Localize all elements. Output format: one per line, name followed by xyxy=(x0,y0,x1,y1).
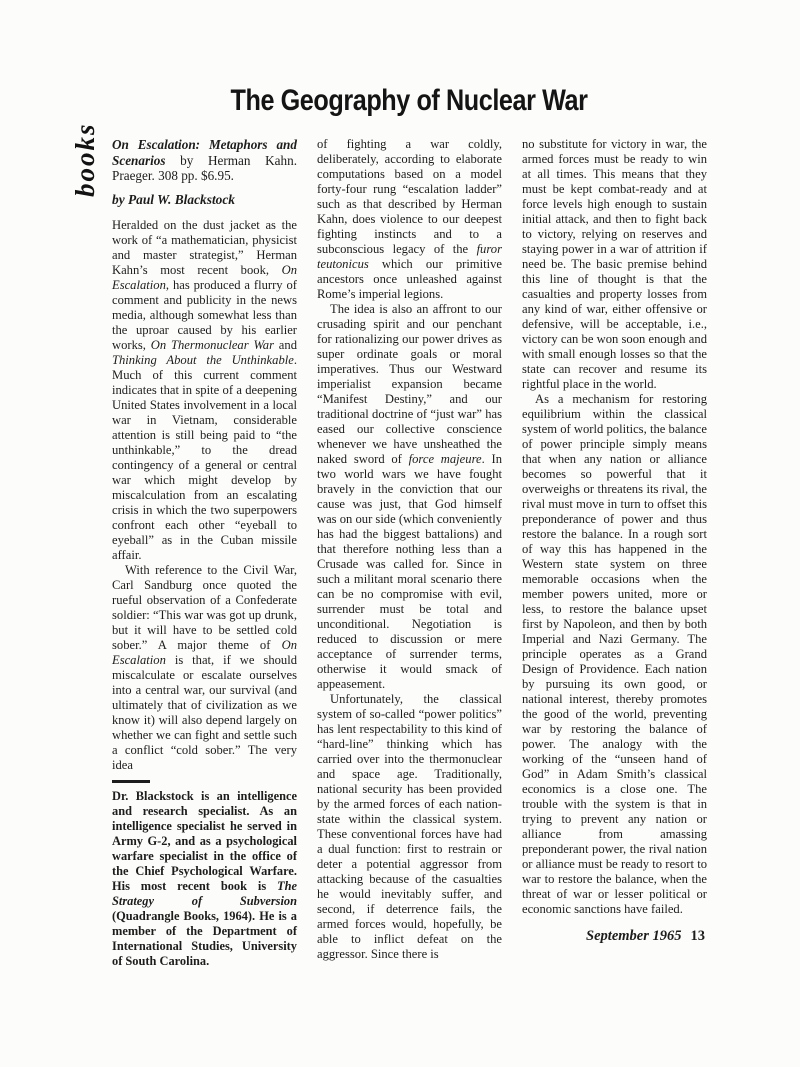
book-citation: On Escalation: Metaphors and Scenarios b… xyxy=(112,137,297,184)
article-columns: On Escalation: Metaphors and Scenarios b… xyxy=(112,137,707,969)
text-segment: and xyxy=(274,338,297,352)
paragraph: Dr. Blackstock is an intelligence and re… xyxy=(112,789,297,969)
reviewer-bio: Dr. Blackstock is an intelligence and re… xyxy=(112,789,297,969)
text-segment: . In two world wars we have fought brave… xyxy=(317,452,502,691)
reviewer-byline: by Paul W. Blackstock xyxy=(112,192,297,208)
magazine-page: The Geography of Nuclear War books On Es… xyxy=(0,0,800,1067)
article-title: The Geography of Nuclear War xyxy=(160,84,659,118)
paragraph: Unfortunately, the classical system of s… xyxy=(317,692,502,962)
column-2: of fighting a war coldly, deliberately, … xyxy=(317,137,502,969)
page-number: 13 xyxy=(691,928,706,944)
text-segment: is that, if we should miscalculate or es… xyxy=(112,653,297,772)
text-segment: (Quadrangle Books, 1964). He is a member… xyxy=(112,909,297,968)
paragraph: With reference to the Civil War, Carl Sa… xyxy=(112,563,297,773)
italic-text-segment: On Thermonuclear War xyxy=(151,338,274,352)
paragraph: The idea is also an affront to our crusa… xyxy=(317,302,502,692)
text-segment: With reference to the Civil War, Carl Sa… xyxy=(112,563,297,652)
issue-date: September 1965 xyxy=(586,928,681,944)
text-segment: . Much of this current comment indicates… xyxy=(112,353,297,562)
paragraph: As a mechanism for restoring equilibrium… xyxy=(522,392,707,917)
column-1-text: Heralded on the dust jacket as the work … xyxy=(112,218,297,773)
text-segment: Unfortunately, the classical system of s… xyxy=(317,692,502,961)
bio-divider-rule xyxy=(112,780,150,783)
paragraph: Heralded on the dust jacket as the work … xyxy=(112,218,297,563)
text-segment: The idea is also an affront to our crusa… xyxy=(317,302,502,466)
column-2-text: of fighting a war coldly, deliberately, … xyxy=(317,137,502,962)
italic-text-segment: Thinking About the Unthinkable xyxy=(112,353,294,367)
column-3-text: no substitute for victory in war, the ar… xyxy=(522,137,707,917)
column-1: On Escalation: Metaphors and Scenarios b… xyxy=(112,137,297,969)
italic-text-segment: force majeure xyxy=(409,452,482,466)
paragraph: no substitute for victory in war, the ar… xyxy=(522,137,707,392)
text-segment: of fighting a war coldly, deliberately, … xyxy=(317,137,502,256)
text-segment: Dr. Blackstock is an intelligence and re… xyxy=(112,789,297,893)
text-segment: no substitute for victory in war, the ar… xyxy=(522,137,707,391)
text-segment: Heralded on the dust jacket as the work … xyxy=(112,218,297,277)
text-segment: As a mechanism for restoring equilibrium… xyxy=(522,392,707,916)
paragraph: of fighting a war coldly, deliberately, … xyxy=(317,137,502,302)
column-3: no substitute for victory in war, the ar… xyxy=(522,137,707,969)
section-label-books: books xyxy=(70,97,101,197)
page-footer: September 196513 xyxy=(586,928,705,945)
